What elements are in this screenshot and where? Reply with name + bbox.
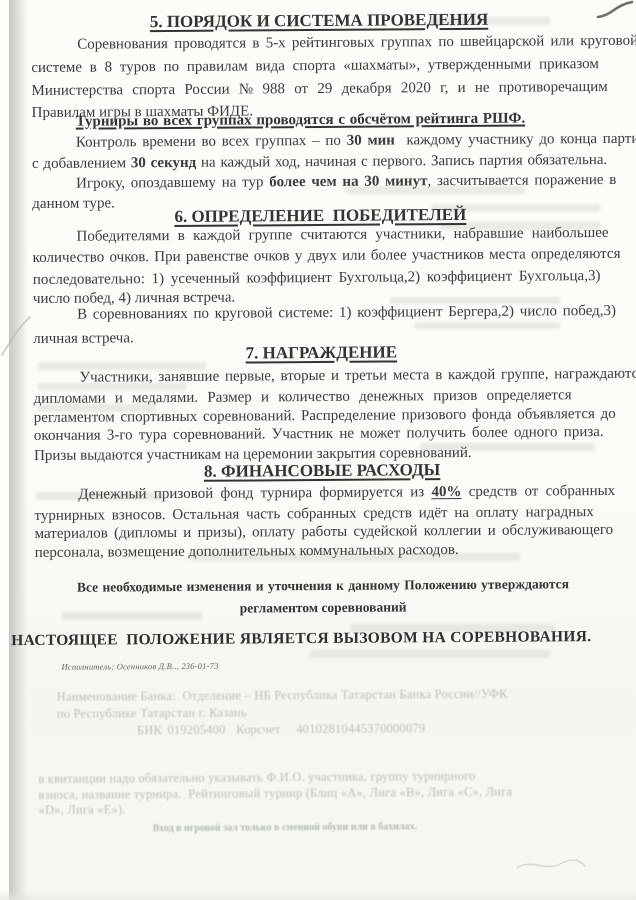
bleed-receipt-line2: взноса, название турнира. Рейтинговый ту… bbox=[38, 785, 512, 803]
section7-heading: 7. НАГРАЖДЕНИЕ bbox=[33, 340, 609, 366]
bleed-footwear-line: Вход в игровой зал только в сменной обув… bbox=[153, 821, 418, 834]
bleed-bank-line3: БИК 019205400 Корсчет 401028104453700000… bbox=[137, 721, 425, 738]
document-page: 5. ПОРЯДОК И СИСТЕМА ПРОВЕДЕНИЯСоревнова… bbox=[0, 0, 636, 900]
s7-para1-line1: Участники, занявшие первые, вторые и тре… bbox=[79, 364, 636, 388]
s5-para1-line1: Соревнования проводятся в 5-х рейтинговы… bbox=[77, 31, 636, 55]
s6-para2-line1: В соревнованиях по круговой системе: 1) … bbox=[77, 301, 616, 325]
s5-para2-line1: Контроль времени во всех группах – по 30… bbox=[76, 129, 636, 153]
call-to-competition-title: НАСТОЯЩЕЕ ПОЛОЖЕНИЕ ЯВЛЯЕТСЯ ВЫЗОВОМ НА … bbox=[1, 627, 601, 651]
s5-para1-line3: Министерства спорта России № 988 от 29 д… bbox=[31, 77, 607, 101]
s6-para1-line3: последовательно: 1) усеченный коэффициен… bbox=[33, 266, 601, 290]
amendments-note-line2: регламентом соревнований bbox=[35, 597, 611, 619]
bleed-bank-line1: Наименование Банка: Отделение – НБ Респу… bbox=[57, 687, 508, 705]
s5-rating-rule-line: Турниры во всех группах проводятся с обс… bbox=[76, 109, 526, 132]
s5-para3-line1: Игроку, опоздавшему на тур более чем на … bbox=[76, 170, 616, 194]
s5-para1-line2: системе в 8 туров по правилам вида спорт… bbox=[31, 54, 599, 78]
s8-para1-line4: персонала, возмещение дополнительных ком… bbox=[35, 540, 459, 563]
bleed-bank-line2: по Республике Татарстан г. Казань bbox=[57, 706, 247, 722]
section8-heading: 8. ФИНАНСОВЫЕ РАСХОДЫ bbox=[34, 458, 610, 484]
bleed-receipt-line3: «D», Лига «Е»). bbox=[38, 802, 125, 818]
executor-line: Исполнитель: Осенников Д.В.., 236-01-73 bbox=[61, 661, 218, 672]
bleed-receipt-line1: в квитанции надо обязательно указывать Ф… bbox=[38, 769, 475, 787]
scanned-document-screenshot: 5. ПОРЯДОК И СИСТЕМА ПРОВЕДЕНИЯСоревнова… bbox=[0, 0, 636, 900]
s6-para1-line2: количество очков. При равенстве очков у … bbox=[33, 244, 621, 268]
s7-para1-line4: окончания 3-го тура соревнований. Участн… bbox=[34, 422, 604, 446]
section5-heading: 5. ПОРЯДОК И СИСТЕМА ПРОВЕДЕНИЯ bbox=[31, 8, 607, 34]
amendments-note-line1: Все необходимые изменения и уточнения к … bbox=[35, 575, 611, 597]
s8-para1-line1: Денежный призовой фонд турнира формирует… bbox=[78, 481, 615, 505]
s6-para1-line1: Победителями в каждой группе считаются у… bbox=[76, 223, 608, 247]
